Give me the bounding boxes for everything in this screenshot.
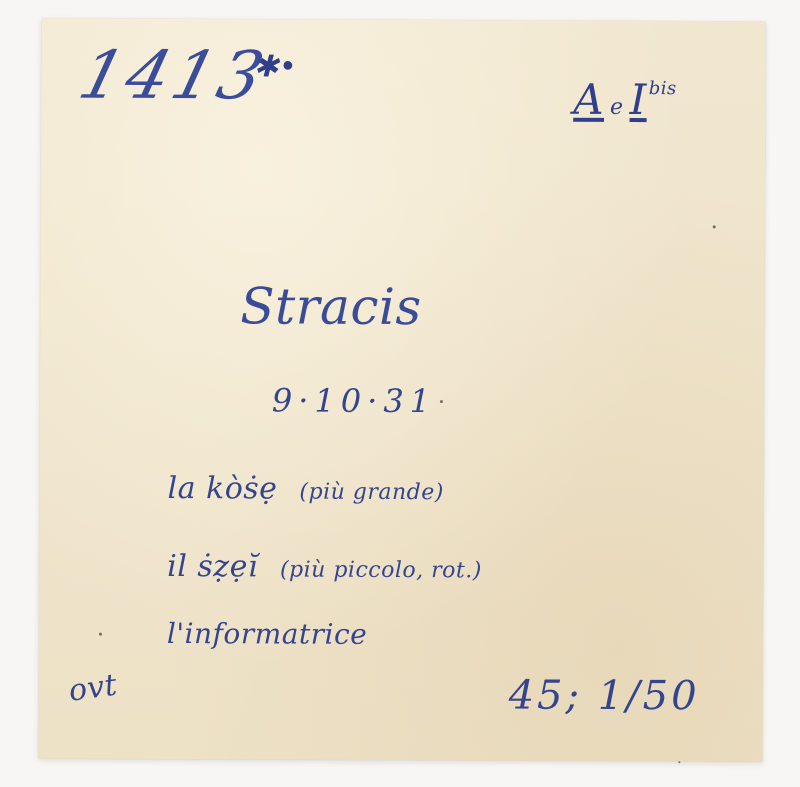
entry-word: il ṡẓẹĭ	[167, 549, 258, 584]
class-mark-i: I	[630, 75, 647, 124]
date: 9·10·31	[272, 381, 436, 420]
handwritten-note-card: 1413 ✱• AeIbis Stracis 9·10·31 la kòṡẹ(p…	[38, 18, 765, 761]
paper-speck	[713, 225, 716, 228]
asterisk-marks: ✱•	[253, 49, 297, 84]
class-mark-a: A	[573, 75, 604, 124]
paper-speck	[678, 761, 680, 763]
paper-speck	[440, 400, 443, 403]
entry-word: la kòṡẹ	[167, 471, 277, 506]
class-mark-conjunction: e	[610, 95, 624, 120]
signature: ovt	[67, 668, 120, 709]
paper-speck	[99, 633, 102, 636]
place-name: Stracis	[240, 277, 421, 336]
entry-note: (più piccolo, rot.)	[280, 557, 482, 583]
classification-mark: AeIbis	[573, 75, 677, 124]
catalog-number: 1413	[72, 37, 276, 115]
page-reference: 45; 1/50	[509, 672, 700, 719]
entry-line: il ṡẓẹĭ(più piccolo, rot.)	[167, 549, 482, 585]
entry-note: (più grande)	[299, 480, 444, 506]
entry-line: la kòṡẹ(più grande)	[167, 471, 443, 507]
class-mark-bis: bis	[649, 78, 677, 99]
entry-word: l'informatrice	[167, 617, 367, 651]
entry-line: l'informatrice	[167, 617, 367, 651]
